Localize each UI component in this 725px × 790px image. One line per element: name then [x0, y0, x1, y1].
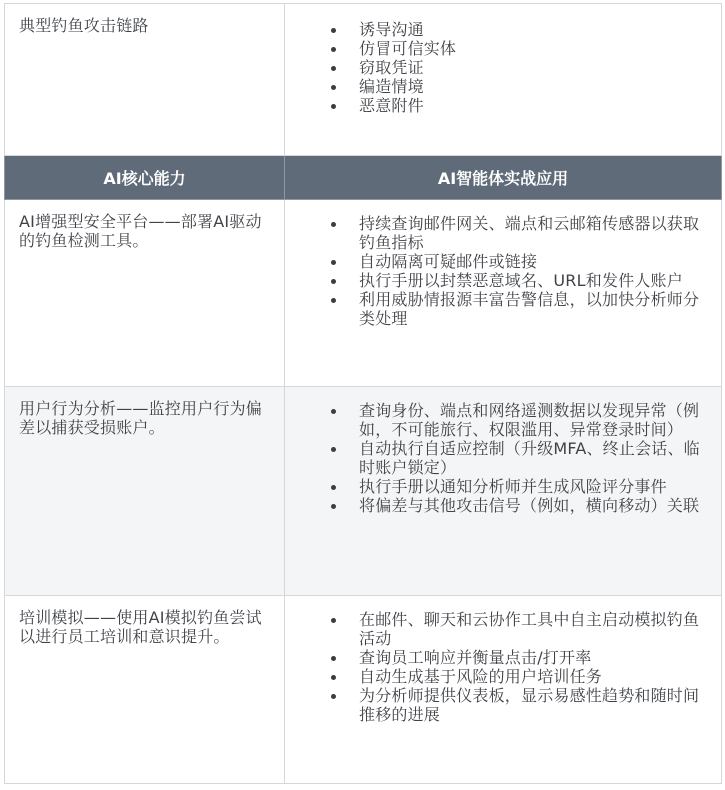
applications-cell: 持续查询邮件网关、端点和云邮箱传感器以获取钓鱼指标 自动隔离可疑邮件或链接 执行… [285, 200, 722, 387]
applications-list: 持续查询邮件网关、端点和云邮箱传感器以获取钓鱼指标 自动隔离可疑邮件或链接 执行… [285, 200, 721, 328]
header-ai-agent-application: AI智能体实战应用 [285, 156, 722, 200]
capability-cell: AI增强型安全平台——部署AI驱动的钓鱼检测工具。 [5, 200, 285, 387]
attack-chain-label: 典型钓鱼攻击链路 [5, 4, 284, 35]
applications-list: 在邮件、聊天和云协作工具中自主启动模拟钓鱼活动 查询员工响应并衡量点击/打开率 … [285, 596, 721, 724]
capability-cell: 培训模拟——使用AI模拟钓鱼尝试以进行员工培训和意识提升。 [5, 596, 285, 784]
applications-list: 查询身份、端点和网络遥测数据以发现异常（例如，不可能旅行、权限滥用、异常登录时间… [285, 387, 721, 515]
list-item: 利用威胁情报源丰富告警信息，以加快分析师分类处理 [285, 290, 711, 328]
table-header: AI核心能力 AI智能体实战应用 [5, 156, 722, 200]
capability-text: 用户行为分析——监控用户行为偏差以捕获受损账户。 [5, 387, 284, 437]
list-item: 执行手册以通知分析师并生成风险评分事件 [285, 477, 711, 496]
list-item: 自动执行自适应控制（升级MFA、终止会话、临时账户锁定） [285, 439, 711, 477]
applications-cell: 查询身份、端点和网络遥测数据以发现异常（例如，不可能旅行、权限滥用、异常登录时间… [285, 387, 722, 596]
attack-chain-list: 诱导沟通 仿冒可信实体 窃取凭证 编造情境 恶意附件 [285, 4, 721, 115]
list-item: 窃取凭证 [285, 58, 711, 77]
table-row: AI增强型安全平台——部署AI驱动的钓鱼检测工具。 持续查询邮件网关、端点和云邮… [5, 200, 722, 387]
intro-items-cell: 诱导沟通 仿冒可信实体 窃取凭证 编造情境 恶意附件 [285, 4, 722, 156]
list-item: 恶意附件 [285, 96, 711, 115]
table-row: 培训模拟——使用AI模拟钓鱼尝试以进行员工培训和意识提升。 在邮件、聊天和云协作… [5, 596, 722, 784]
intro-row: 典型钓鱼攻击链路 诱导沟通 仿冒可信实体 窃取凭证 编造情境 恶意附件 [5, 4, 722, 156]
table-row: 用户行为分析——监控用户行为偏差以捕获受损账户。 查询身份、端点和网络遥测数据以… [5, 387, 722, 596]
capability-text: 培训模拟——使用AI模拟钓鱼尝试以进行员工培训和意识提升。 [5, 596, 284, 646]
list-item: 执行手册以封禁恶意域名、URL和发件人账户 [285, 271, 711, 290]
list-item: 在邮件、聊天和云协作工具中自主启动模拟钓鱼活动 [285, 610, 711, 648]
capability-text: AI增强型安全平台——部署AI驱动的钓鱼检测工具。 [5, 200, 284, 250]
list-item: 为分析师提供仪表板，显示易感性趋势和随时间推移的进展 [285, 686, 711, 724]
list-item: 持续查询邮件网关、端点和云邮箱传感器以获取钓鱼指标 [285, 214, 711, 252]
list-item: 编造情境 [285, 77, 711, 96]
applications-cell: 在邮件、聊天和云协作工具中自主启动模拟钓鱼活动 查询员工响应并衡量点击/打开率 … [285, 596, 722, 784]
list-item: 查询员工响应并衡量点击/打开率 [285, 648, 711, 667]
capability-cell: 用户行为分析——监控用户行为偏差以捕获受损账户。 [5, 387, 285, 596]
list-item: 自动隔离可疑邮件或链接 [285, 252, 711, 271]
list-item: 自动生成基于风险的用户培训任务 [285, 667, 711, 686]
list-item: 查询身份、端点和网络遥测数据以发现异常（例如，不可能旅行、权限滥用、异常登录时间… [285, 401, 711, 439]
header-ai-capability: AI核心能力 [5, 156, 285, 200]
list-item: 将偏差与其他攻击信号（例如，横向移动）关联 [285, 496, 711, 515]
intro-label-cell: 典型钓鱼攻击链路 [5, 4, 285, 156]
list-item: 仿冒可信实体 [285, 39, 711, 58]
list-item: 诱导沟通 [285, 20, 711, 39]
phishing-ai-table: 典型钓鱼攻击链路 诱导沟通 仿冒可信实体 窃取凭证 编造情境 恶意附件 AI核心… [4, 3, 722, 784]
